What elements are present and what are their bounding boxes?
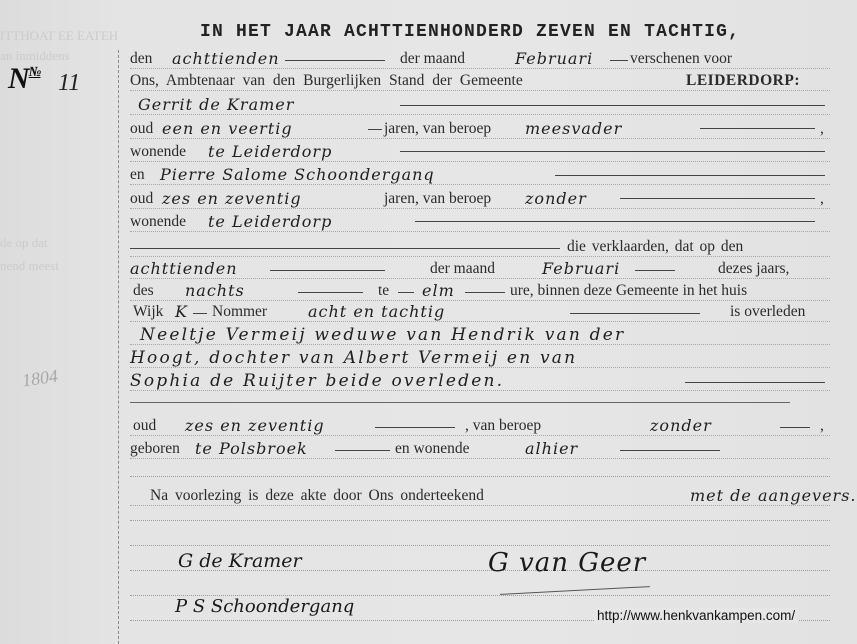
line-death-date: achttienden der maand Februari dezes jaa… [130,258,830,280]
signature-declarant-1: G de Kramer [178,550,302,572]
section-rule [130,402,790,403]
line-official: Ons, Ambtenaar van den Burgerlijken Stan… [130,70,830,92]
fill-dash [780,427,810,428]
hw-deceased-occupation: zonder [650,415,712,437]
label-na-voorlezing: Na voorlezing is deze akte door Ons onde… [150,485,484,507]
label-wijk: Wijk [133,301,163,323]
hw-month: Februari [515,48,593,70]
fill-dash [465,292,505,293]
fill-dash [270,270,385,271]
label-jaren-beroep: jaren, van beroep [384,188,491,210]
watermark-url[interactable]: http://www.henkvankampen.com/ [594,608,798,623]
hw-residence-2: te Leiderdorp [208,211,332,233]
line-deceased-3: Sophia de Ruijter beide overleden. [130,370,830,392]
hw-deceased-parents: Hoogt, dochter van Albert Vermeij en van [130,347,577,369]
hw-deceased-age: zes en zeventig [185,415,325,437]
fill-dash [130,248,560,249]
hw-occupation-2: zonder [525,188,587,210]
label-dezes-jaars: dezes jaars, [718,258,789,280]
signature-declarant-2: P S Schoonderganq [175,596,354,617]
line-deceased-1: Neeltje Vermeij weduwe van Hendrik van d… [130,324,830,346]
fill-dash [368,129,382,130]
hw-hour: elm [422,280,455,302]
line-date: den achttienden der maand Februari versc… [130,48,830,70]
label-wonende: wonende [130,211,186,233]
fill-dash [400,151,825,152]
label-oud: oud [130,188,153,210]
line-death-address: Wijk K Nommer acht en tachtig is overled… [130,301,830,323]
label-oud: oud [133,415,156,437]
label-binnen-gemeente: ure, binnen deze Gemeente in het huis [510,280,747,302]
fill-dash [620,450,720,451]
hw-day: achttienden [172,48,280,70]
label-official: Ons, Ambtenaar van den Burgerlijken Stan… [130,70,523,92]
label-geboren: geboren [130,438,180,460]
label-jaren-beroep: jaren, van beroep [384,118,491,140]
municipality: LEIDERDORP: [686,70,800,92]
line-declarant-2-name: en Pierre Salome Schoonderganq [130,164,830,186]
hw-met-aangevers: met de aangevers. [690,485,857,507]
hw-time-of-day: nachts [185,280,245,302]
line-deceased-age: oud zes en zeventig , van beroep zonder … [130,415,830,437]
line-deceased-2: Hoogt, dochter van Albert Vermeij en van [130,347,830,369]
signature-official: G van Geer [488,548,646,578]
line-declarant-1-age: oud een en veertig jaren, van beroep mee… [130,118,830,140]
hw-deceased-mother: Sophia de Ruijter beide overleden. [130,370,504,392]
label-te: te [378,280,389,302]
label-die-verklaarden: die verklaarden, dat op den [567,236,743,258]
label-der-maand: der maand [430,258,495,280]
fill-dash [375,427,455,428]
act-number: 11 [58,70,80,97]
hw-age-1: een en veertig [162,118,293,140]
label-en: en [130,164,145,186]
fill-dash [570,313,700,314]
margin-note: 1804 [21,366,60,392]
fill-dash [193,313,207,314]
label-wonende: wonende [130,141,186,163]
fill-dash [335,450,390,451]
hw-declarant-1: Gerrit de Kramer [138,94,294,116]
line-birthplace: geboren te Polsbroek en wonende alhier [130,438,830,460]
comma: , [820,118,824,140]
label-verschenen-voor: verschenen voor [630,48,732,70]
fill-dash [685,382,825,383]
dotted-rule [130,520,830,521]
margin-rule [118,50,119,644]
label-oud: oud [130,118,153,140]
hw-declarant-2: Pierre Salome Schoonderganq [160,164,435,186]
page-title: IN HET JAAR ACHTTIENHONDERD ZEVEN EN TAC… [200,22,740,42]
label-des: des [133,280,154,302]
hw-residence: alhier [525,438,578,460]
dotted-rule [130,545,830,546]
act-number-label: N№ [8,62,40,96]
line-declared: die verklaarden, dat op den [130,236,830,258]
signature-flourish [500,586,650,595]
hw-birthplace: te Polsbroek [195,438,308,460]
fill-dash [610,60,628,61]
bleed-through-text: nend meest [0,258,59,274]
line-death-time: des nachts te elm ure, binnen deze Gemee… [130,280,830,302]
bleed-through-text: ITTHOAT EE EATEH [0,28,118,44]
document-page: ITTHOAT EE EATEH an inmiddens de op dat … [0,0,857,644]
hw-death-month: Februari [542,258,620,280]
label-en-wonende: en wonende [395,438,469,460]
fill-dash [635,270,675,271]
label-nommer: Nommer [212,301,267,323]
hw-occupation-1: meesvader [525,118,622,140]
fill-dash [700,128,815,129]
fill-dash [398,292,414,293]
hw-age-2: zes en zeventig [162,188,302,210]
line-declarant-2-residence: wonende te Leiderdorp [130,211,830,233]
line-declarant-1-name: Gerrit de Kramer [130,94,830,116]
hw-death-day: achttienden [130,258,238,280]
hw-deceased-name: Neeltje Vermeij weduwe van Hendrik van d… [140,324,625,346]
fill-dash [415,221,815,222]
fill-dash [620,198,815,199]
dotted-rule [130,476,830,477]
label-der-maand: der maand [400,48,465,70]
hw-district: K [175,301,188,323]
label-den: den [130,48,152,70]
line-closing: Na voorlezing is deze akte door Ons onde… [130,485,830,507]
fill-dash [298,292,363,293]
comma: , [820,415,824,437]
label-van-beroep: , van beroep [465,415,541,437]
line-declarant-2-age: oud zes en zeventig jaren, van beroep zo… [130,188,830,210]
fill-dash [400,105,825,106]
fill-dash [285,60,385,61]
hw-house-number: acht en tachtig [308,301,445,323]
comma: , [820,188,824,210]
label-is-overleden: is overleden [730,301,805,323]
bleed-through-text: de op dat [0,235,48,251]
hw-residence-1: te Leiderdorp [208,141,332,163]
line-declarant-1-residence: wonende te Leiderdorp [130,141,830,163]
fill-dash [555,175,825,176]
